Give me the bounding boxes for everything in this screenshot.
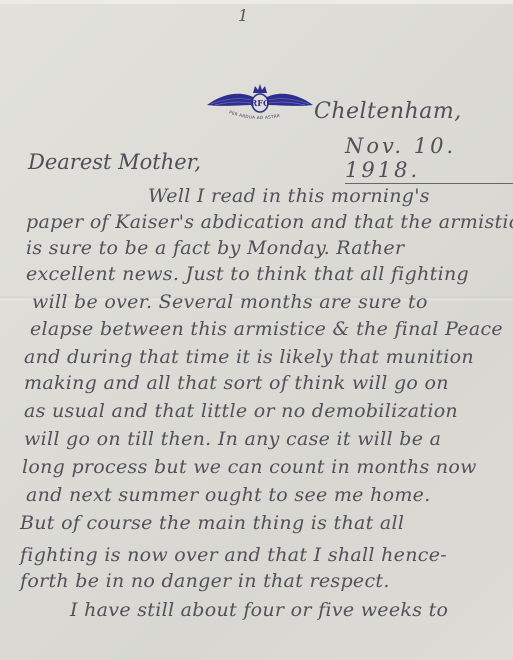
letter-salutation: Dearest Mother, [28,150,201,174]
letter-line: Well I read in this morning's [148,185,430,207]
letter-line: forth be in no danger in that respect. [20,570,390,592]
letter-line: and next summer ought to see me home. [26,484,431,506]
letter-line: is sure to be a fact by Monday. Rather [26,237,404,259]
letter-line: excellent news. Just to think that all f… [26,263,469,285]
page-number: 1 [238,6,248,25]
letter-line: will go on till then. In any case it wil… [24,428,441,450]
svg-text:RFC: RFC [251,98,270,108]
letter-place: Cheltenham, [314,99,462,124]
letter-line: will be over. Several months are sure to [32,291,428,313]
rfc-wings-emblem-icon: RFC PER ARDUA AD ASTRA [205,83,315,125]
svg-text:PER ARDUA AD ASTRA: PER ARDUA AD ASTRA [228,110,280,120]
letter-line: making and all that sort of think will g… [24,372,449,394]
letter-line: But of course the main thing is that all [20,512,404,534]
letter-line: and during that time it is likely that m… [24,346,474,368]
letter-line: long process but we can count in months … [22,456,477,478]
letter-line: fighting is now over and that I shall he… [20,544,447,566]
letter-line: I have still about four or five weeks to [70,599,448,621]
letter-line: as usual and that little or no demobiliz… [24,400,458,422]
letter-date: Nov. 10. 1918. [345,134,513,184]
letter-line: paper of Kaiser's abdication and that th… [26,211,513,233]
letter-page: 1 RFC PER ARDUA AD ASTRA Cheltenham, Nov… [0,0,513,660]
letter-line: elapse between this armistice & the fina… [30,318,503,340]
